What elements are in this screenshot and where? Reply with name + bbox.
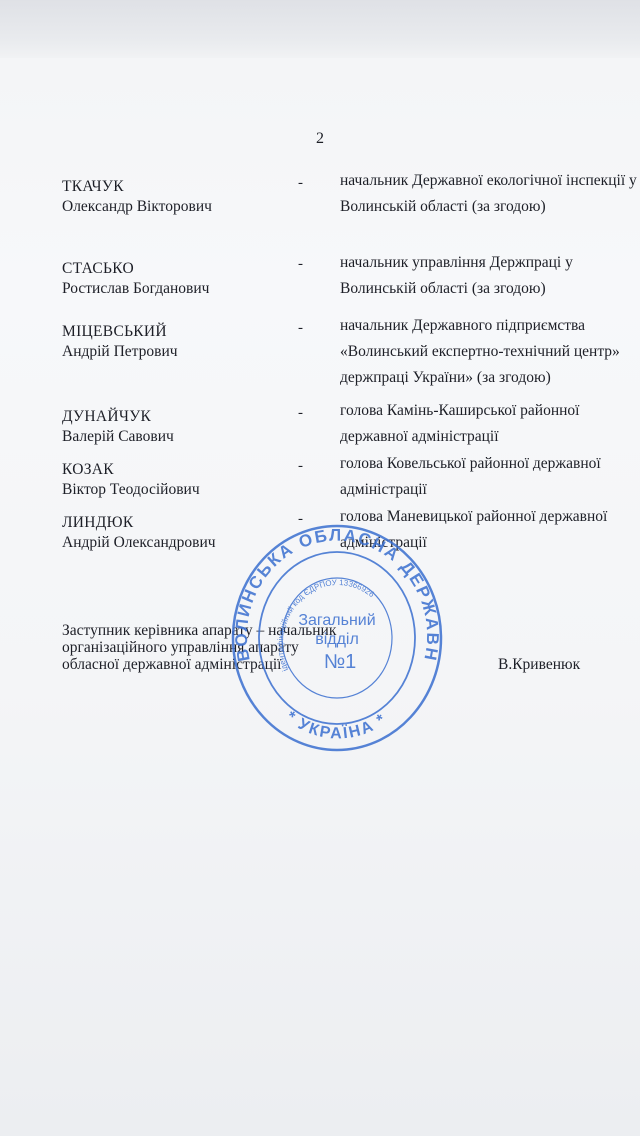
member-given-name: Віктор Теодосійович	[62, 481, 200, 498]
member-name: МІЦЕВСЬКИЙ Андрій Петрович	[62, 322, 178, 362]
member-given-name: Андрій Олександрович	[62, 534, 216, 551]
page-top-edge	[0, 0, 640, 58]
member-given-name: Валерій Савович	[62, 428, 174, 445]
member-given-name: Андрій Петрович	[62, 343, 178, 360]
member-surname: КОЗАК	[62, 460, 200, 480]
page-number: 2	[316, 130, 324, 148]
member-surname: ТКАЧУК	[62, 177, 212, 197]
member-surname: ДУНАЙЧУК	[62, 407, 174, 427]
stamp-inner-number: №1	[324, 651, 357, 673]
member-role: голова Камінь-Каширської районної держав…	[340, 398, 640, 450]
member-name: СТАСЬКО Ростислав Богданович	[62, 259, 209, 299]
member-surname: ЛИНДЮК	[62, 513, 216, 533]
member-given-name: Олександр Вікторович	[62, 198, 212, 215]
member-surname: МІЦЕВСЬКИЙ	[62, 322, 178, 342]
dash: -	[298, 458, 303, 475]
member-given-name: Ростислав Богданович	[62, 280, 209, 297]
stamp-inner-line2: відділ	[315, 631, 359, 648]
member-name: КОЗАК Віктор Теодосійович	[62, 460, 200, 500]
signature-name: В.Кривенюк	[498, 656, 580, 674]
member-name: ДУНАЙЧУК Валерій Савович	[62, 407, 174, 447]
member-role: голова Ковельської районної державної ад…	[340, 451, 640, 503]
stamp-inner-line1: Загальний	[298, 612, 375, 629]
member-name: ТКАЧУК Олександр Вікторович	[62, 177, 212, 217]
member-role: начальник Державної екологічної інспекці…	[340, 168, 640, 220]
dash: -	[298, 320, 303, 337]
dash: -	[298, 405, 303, 422]
member-role: начальник управління Держпраці у Волинсь…	[340, 250, 640, 302]
dash: -	[298, 175, 303, 192]
member-name: ЛИНДЮК Андрій Олександрович	[62, 513, 216, 553]
official-stamp-icon: ВОЛИНСЬКА ОБЛАСНА ДЕРЖАВНА АДМІНІСТРАЦІЯ…	[228, 520, 446, 760]
member-surname: СТАСЬКО	[62, 259, 209, 279]
member-role: начальник Державного підприємства «Волин…	[340, 313, 640, 391]
dash: -	[298, 256, 303, 273]
